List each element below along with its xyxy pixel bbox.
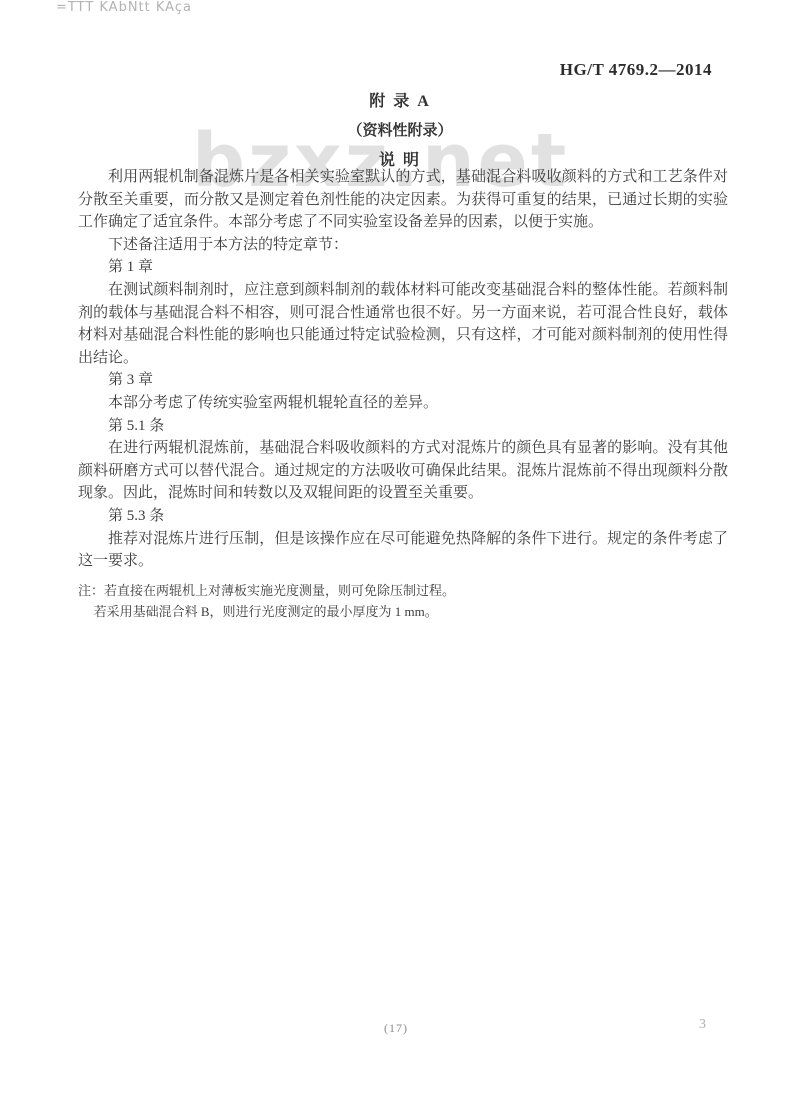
standard-code-header: HG/T 4769.2—2014 — [560, 60, 712, 80]
paragraph-clause-5-3: 推荐对混炼片进行压制，但是该操作应在尽可能避免热降解的条件下进行。规定的条件考虑… — [78, 528, 728, 573]
appendix-type: （资料性附录） — [0, 119, 800, 140]
appendix-title: 附 录 A — [0, 88, 800, 111]
note-line-2: 若采用基础混合料 B，则进行光度测定的最小厚度为 1 mm。 — [78, 601, 728, 622]
note-block: 注：若直接在两辊机上对薄板实施光度测量，则可免除压制过程。 若采用基础混合料 B… — [78, 580, 728, 622]
heading-clause-5-3: 第 5.3 条 — [78, 505, 728, 528]
paragraph-intro: 利用两辊机制备混炼片是各相关实验室默认的方式，基础混合料吸收颜料的方式和工艺条件… — [78, 166, 728, 234]
footer-sheet-reference: (17) — [384, 1021, 408, 1036]
paragraph-clause-5-1: 在进行两辊机混炼前，基础混合料吸收颜料的方式对混炼片的颜色具有显著的影响。没有其… — [78, 437, 728, 505]
paragraph-notes-intro: 下述备注适用于本方法的特定章节： — [78, 234, 728, 257]
paragraph-chapter-3: 本部分考虑了传统实验室两辊机辊轮直径的差异。 — [78, 392, 728, 415]
document-page: =TTT KAbNtt KAça HG/T 4769.2—2014 bzxz.n… — [0, 0, 800, 1117]
heading-chapter-1: 第 1 章 — [78, 256, 728, 279]
note-line-1: 注：若直接在两辊机上对薄板实施光度测量，则可免除压制过程。 — [78, 580, 728, 601]
body-content: 利用两辊机制备混炼片是各相关实验室默认的方式，基础混合料吸收颜料的方式和工艺条件… — [78, 166, 728, 622]
paragraph-chapter-1: 在测试颜料制剂时，应注意到颜料制剂的载体材料可能改变基础混合料的整体性能。若颜料… — [78, 279, 728, 369]
appendix-title-block: 附 录 A （资料性附录） 说 明 — [0, 88, 800, 170]
heading-clause-5-1: 第 5.1 条 — [78, 415, 728, 438]
heading-chapter-3: 第 3 章 — [78, 369, 728, 392]
footer-page-number: 3 — [699, 1017, 706, 1033]
scan-artifact-text: =TTT KAbNtt KAça — [56, 0, 192, 15]
